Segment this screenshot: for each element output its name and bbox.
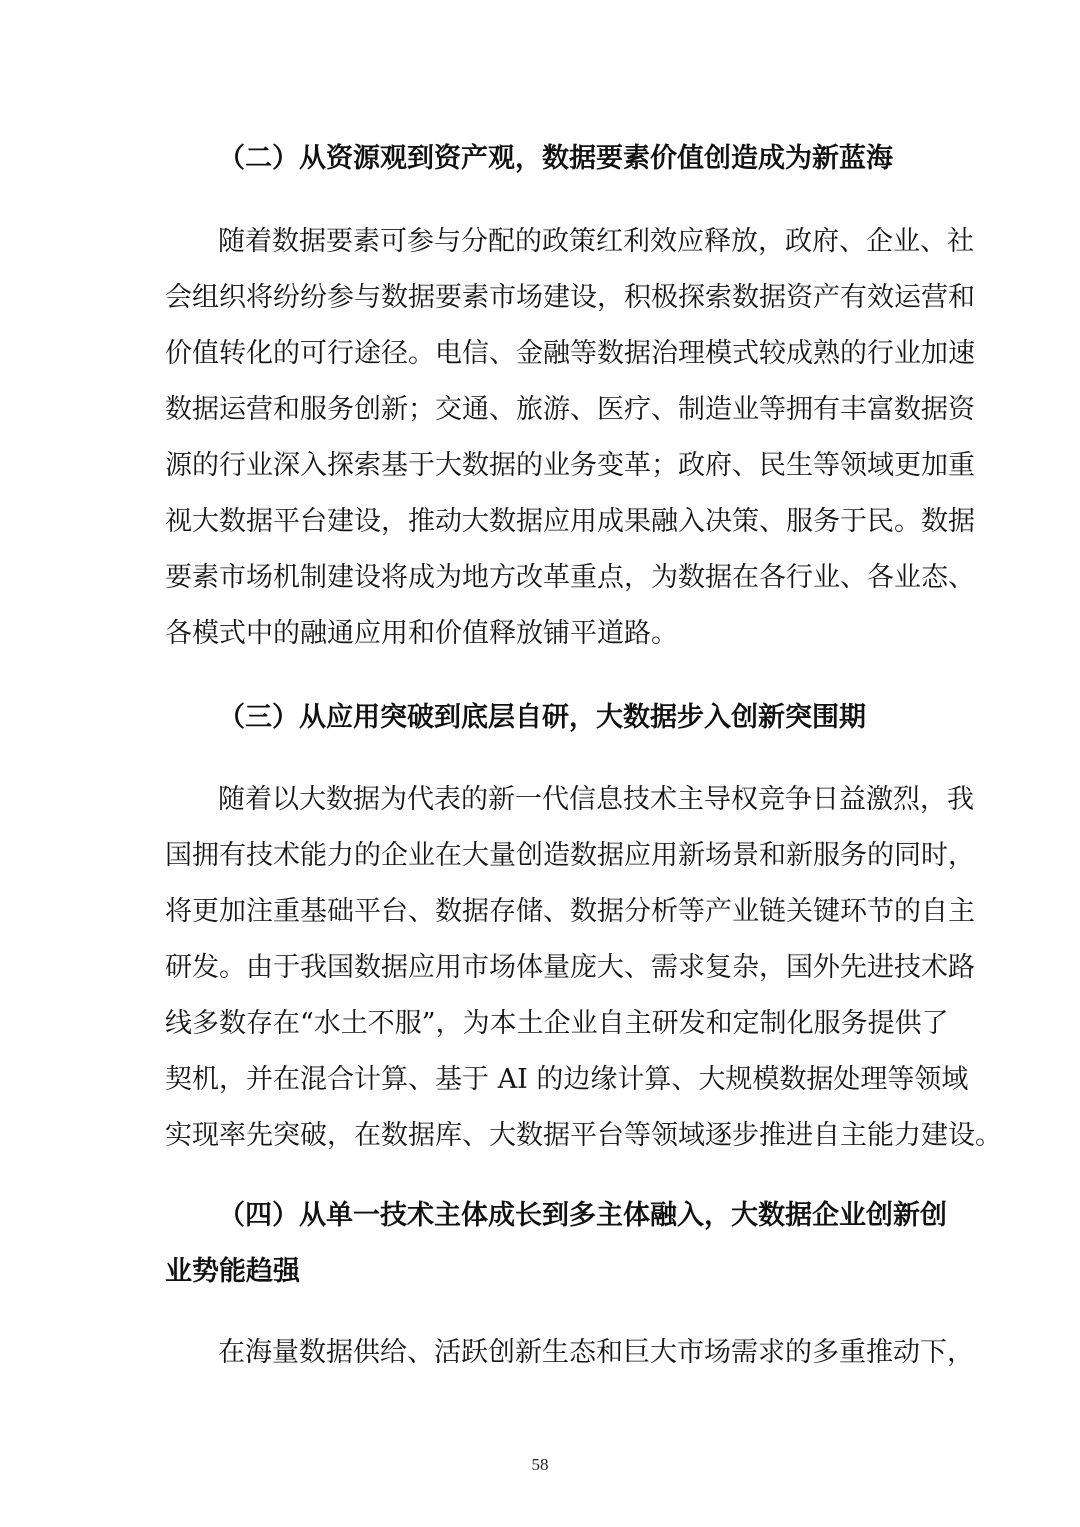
paragraph-line: 源的行业深入探索基于大数据的业务变革；政府、民生等领域更加重 bbox=[165, 448, 917, 484]
document-page: （二）从资源观到资产观，数据要素价值创造成为新蓝海 随着数据要素可参与分配的政策… bbox=[0, 0, 1080, 1527]
paragraph-line: 要素市场机制建设将成为地方改革重点，为数据在各行业、各业态、 bbox=[165, 560, 917, 596]
page-number: 58 bbox=[0, 1455, 1080, 1475]
paragraph-line: 将更加注重基础平台、数据存储、数据分析等产业链关键环节的自主 bbox=[165, 894, 917, 930]
section-heading-2: （二）从资源观到资产观，数据要素价值创造成为新蓝海 bbox=[218, 141, 893, 177]
paragraph-line: 随着以大数据为代表的新一代信息技术主导权竞争日益激烈，我 bbox=[218, 782, 917, 818]
paragraph-line: 价值转化的可行途径。电信、金融等数据治理模式较成熟的行业加速 bbox=[165, 336, 917, 372]
paragraph-line: 视大数据平台建设，推动大数据应用成果融入决策、服务于民。数据 bbox=[165, 504, 917, 540]
paragraph-line: 国拥有技术能力的企业在大量创造数据应用新场景和新服务的同时， bbox=[165, 838, 917, 874]
paragraph-line: 实现率先突破，在数据库、大数据平台等领域逐步推进自主能力建设。 bbox=[165, 1118, 917, 1154]
paragraph-line: 研发。由于我国数据应用市场体量庞大、需求复杂，国外先进技术路 bbox=[165, 950, 917, 986]
section-heading-3: （三）从应用突破到底层自研，大数据步入创新突围期 bbox=[218, 700, 866, 736]
paragraph-line: 契机，并在混合计算、基于 AI 的边缘计算、大规模数据处理等领域 bbox=[165, 1062, 917, 1098]
paragraph-line: 线多数存在“水土不服”，为本土企业自主研发和定制化服务提供了 bbox=[165, 1006, 917, 1042]
section-heading-4-line-1: （四）从单一技术主体成长到多主体融入，大数据企业创新创 bbox=[218, 1198, 947, 1234]
paragraph-line: 在海量数据供给、活跃创新生态和巨大市场需求的多重推动下， bbox=[218, 1335, 917, 1371]
paragraph-line: 随着数据要素可参与分配的政策红利效应释放，政府、企业、社 bbox=[218, 224, 917, 260]
section-heading-4-line-2: 业势能趋强 bbox=[165, 1254, 300, 1290]
paragraph-line: 各模式中的融通应用和价值释放铺平道路。 bbox=[165, 616, 917, 652]
paragraph-line: 会组织将纷纷参与数据要素市场建设，积极探索数据资产有效运营和 bbox=[165, 280, 917, 316]
paragraph-line: 数据运营和服务创新；交通、旅游、医疗、制造业等拥有丰富数据资 bbox=[165, 392, 917, 428]
